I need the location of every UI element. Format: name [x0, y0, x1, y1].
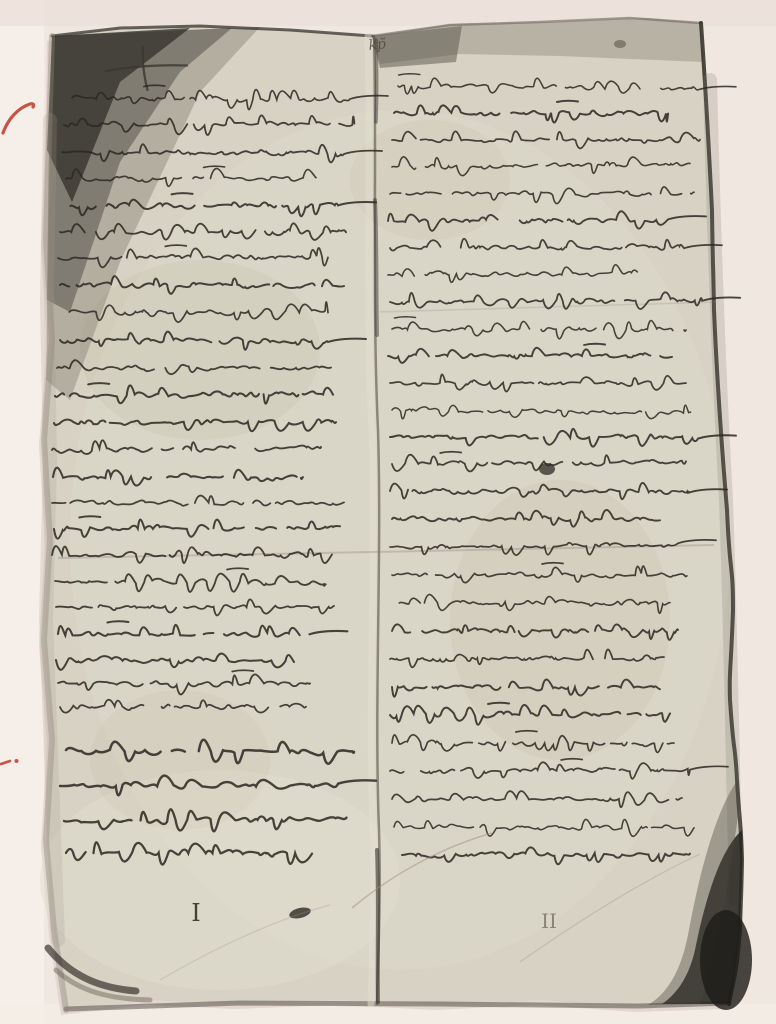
- folio-mark: kp̃: [368, 36, 387, 54]
- manuscript-photo: kp̃ I II: [0, 0, 776, 1024]
- red-pen-mark-lower-dot: [15, 759, 19, 763]
- book-page-margin: [0, 0, 44, 1024]
- photographed-book-page: kp̃ I II: [0, 0, 776, 1024]
- manuscript-sheet: kp̃ I II: [39, 18, 752, 1015]
- column-2-numeral: II: [541, 909, 557, 933]
- column-1-numeral: I: [191, 899, 200, 927]
